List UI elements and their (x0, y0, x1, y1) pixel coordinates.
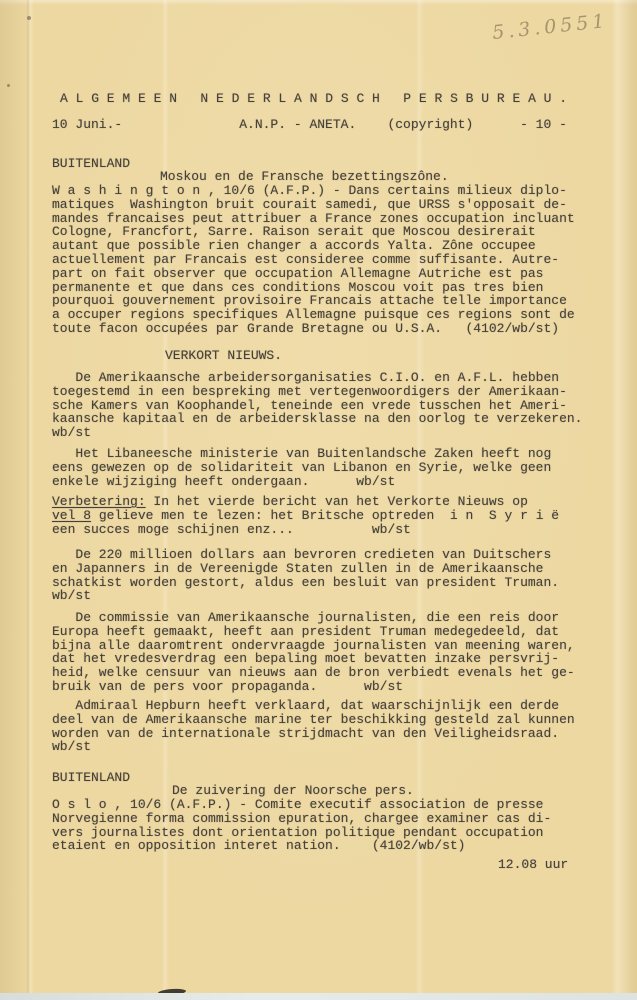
article2-body: O s l o , 10/6 (A.F.P.) - Comite executi… (52, 798, 551, 853)
paper-speck (7, 84, 10, 87)
agency-title: A L G E M E E N N E D E R L A N D S C H … (60, 92, 567, 106)
article1-heading: Moskou en de Fransche bezettingszône. (160, 170, 449, 184)
correction-paragraph: Verbetering: In het vierde bericht van h… (52, 495, 559, 536)
verkort-paragraph-4: De commissie van Amerikaansche journalis… (52, 611, 575, 694)
time-stamp: 12.08 uur (498, 858, 568, 872)
verkort-nieuws-heading: VERKORT NIEUWS. (165, 349, 282, 363)
article2-heading: De zuivering der Noorsche pers. (172, 784, 414, 798)
verkort-paragraph-1: De Amerikaansche arbeidersorganisaties C… (52, 371, 583, 440)
paper-speck (27, 16, 31, 20)
scanned-press-bulletin-page: 5.3.0551 A L G E M E E N N E D E R L A N… (0, 0, 637, 1000)
section-label-buitenland-2: BUITENLAND (52, 771, 130, 785)
correction-underlined-ref: vel 8 (52, 508, 91, 523)
verkort-paragraph-2: Het Libaneesche ministerie van Buitenlan… (52, 447, 551, 488)
article1-body: W a s h i n g t o n , 10/6 (A.F.P.) - Da… (52, 184, 575, 336)
correction-underlined-word: Verbetering: (52, 494, 146, 509)
verkort-paragraph-3: De 220 millioen dollars aan bevroren cre… (52, 548, 559, 603)
scan-bottom-edge (0, 993, 637, 1000)
issue-meta-line: 10 Juni.- A.N.P. - ANETA. (copyright) - … (52, 118, 567, 132)
correction-text-3: een succes moge schijnen enz... wb/st (52, 522, 411, 537)
correction-text-1: In het vierde bericht van het Verkorte N… (146, 494, 528, 509)
correction-text-2: gelieve men te lezen: het Britsche optre… (91, 508, 559, 523)
verkort-paragraph-5: Admiraal Hepburn heeft verklaard, dat wa… (52, 699, 575, 754)
section-label-buitenland-1: BUITENLAND (52, 157, 130, 171)
handwritten-archive-number: 5.3.0551 (491, 10, 609, 44)
